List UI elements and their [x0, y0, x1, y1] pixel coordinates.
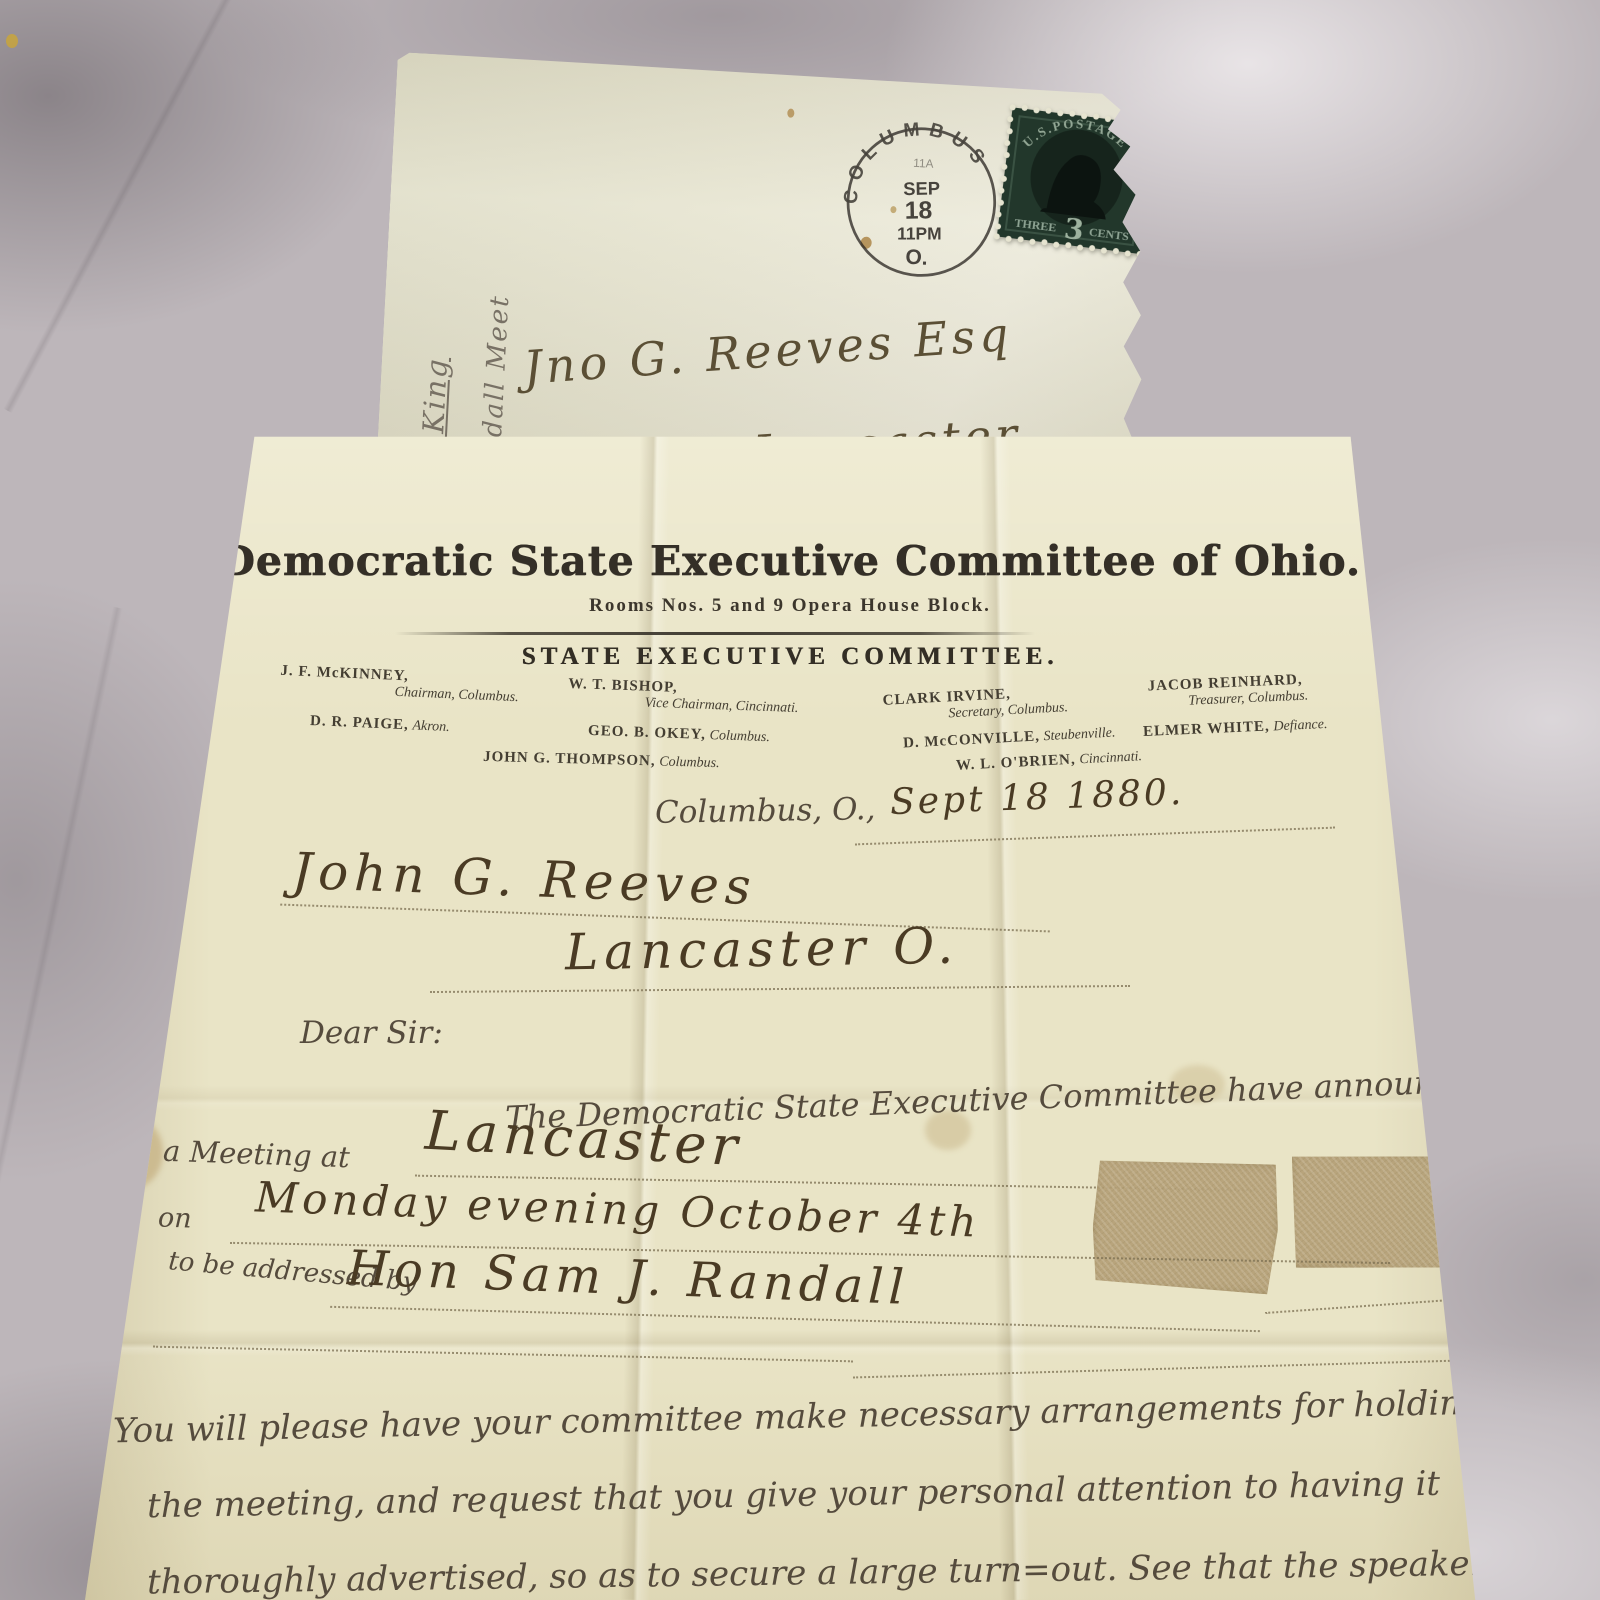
member-name: ELMER WHITE, [1143, 719, 1270, 741]
letterhead-address: Rooms Nos. 5 and 9 Opera House Block. [205, 595, 1375, 617]
committee-member: W. T. BISHOP,Vice Chairman, Cincinnati. [567, 676, 799, 717]
member-role: Columbus. [709, 728, 770, 745]
committee-member: W. L. O'BRIEN, Cincinnati. [956, 748, 1143, 775]
member-role: Columbus. [659, 755, 720, 772]
committee-member: ELMER WHITE, Defiance. [1143, 716, 1328, 741]
envelope: COLUMBUS 11A SEP 18 11PM O. U.S.POSTAGE … [377, 52, 1172, 492]
dateline-printed: Columbus, O., [655, 791, 876, 831]
letter-sheet: Democratic State Executive Committee of … [85, 425, 1485, 1600]
divider-rule [395, 632, 1035, 635]
letterhead-title: Democratic State Executive Committee of … [205, 537, 1375, 585]
dateline-handwritten: Sept 18 1880. [889, 772, 1184, 823]
member-name: W. L. O'BRIEN, [956, 752, 1076, 774]
dotted-rule [1265, 1298, 1465, 1314]
member-name: D. R. PAIGE, [310, 713, 409, 733]
on-label: on [157, 1202, 192, 1234]
postmark-month: SEP [903, 177, 940, 199]
salutation: Dear Sir: [300, 1015, 443, 1051]
member-role: Defiance. [1273, 717, 1328, 734]
committee-member: JOHN G. THOMPSON, Columbus. [483, 749, 720, 772]
committee-member: JACOB REINHARD,Treasurer, Columbus. [1147, 672, 1308, 712]
meeting-at-label: a Meeting at [162, 1134, 350, 1175]
paragraph-line3: thoroughly advertised, so as to secure a… [147, 1544, 1504, 1600]
addressee-city: Lancaster O. [565, 917, 960, 982]
member-name: GEO. B. OKEY, [588, 723, 706, 743]
dotted-rule [855, 827, 1335, 846]
member-name: JOHN G. THOMPSON, [483, 749, 656, 770]
committee-member: CLARK IRVINE,Secretary, Columbus. [882, 683, 1068, 726]
committee-member: D. R. PAIGE, Akron. [310, 713, 450, 736]
stamp-denomination: 3 [1062, 212, 1085, 247]
dotted-rule [430, 985, 1130, 993]
member-role: Steubenville. [1043, 725, 1116, 744]
addressee-name: John G. Reeves [291, 842, 757, 916]
debris-speck [6, 34, 18, 48]
tape-repair [1090, 1155, 1282, 1295]
postmark-day: 18 [905, 197, 933, 224]
member-name: W. T. BISHOP, [568, 676, 678, 696]
dotted-rule [853, 1358, 1533, 1379]
paragraph-line1: You will please have your committee make… [113, 1383, 1484, 1452]
member-role: Akron. [412, 718, 450, 735]
member-role: Vice Chairman, Cincinnati. [567, 693, 798, 717]
postmark-cancel: COLUMBUS 11A SEP 18 11PM O. [835, 115, 1008, 288]
horizontal-crease [85, 1330, 1485, 1356]
member-role: Cincinnati. [1079, 749, 1142, 767]
paragraph-line2: the meeting, and request that you give y… [147, 1464, 1441, 1527]
committee-member: GEO. B. OKEY, Columbus. [588, 723, 770, 746]
postmark-state: O. [905, 246, 928, 270]
postmark-faint-text: 11A [913, 156, 934, 171]
member-name: D. McCONVILLE, [903, 728, 1041, 751]
postmark-time: 11PM [897, 224, 942, 244]
